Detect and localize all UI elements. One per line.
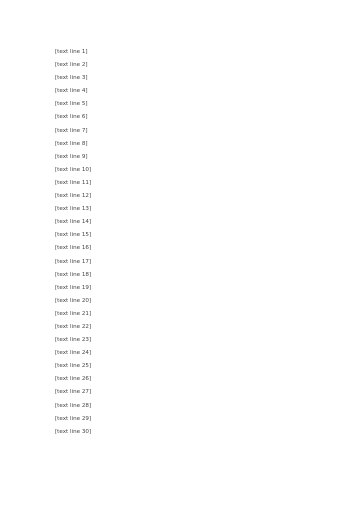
text-line: [text line 6] [55,111,307,124]
text-line: [text line 8] [55,138,307,151]
text-line: [text line 26] [55,373,307,386]
text-line: [text line 2] [55,59,307,72]
text-line: [text line 22] [55,321,307,334]
text-line: [text line 15] [55,229,307,242]
text-line: [text line 5] [55,98,307,111]
text-line: [text line 19] [55,282,307,295]
text-line: [text line 1] [55,46,307,59]
text-line: [text line 7] [55,125,307,138]
text-line: [text line 17] [55,256,307,269]
document-page: [text line 1][text line 2][text line 3][… [0,0,360,509]
text-line: [text line 23] [55,334,307,347]
text-line: [text line 4] [55,85,307,98]
document-body: [text line 1][text line 2][text line 3][… [55,46,307,439]
text-line: [text line 9] [55,151,307,164]
text-line: [text line 29] [55,413,307,426]
text-line: [text line 20] [55,295,307,308]
text-line: [text line 14] [55,216,307,229]
text-line: [text line 18] [55,269,307,282]
text-line: [text line 16] [55,242,307,255]
text-line: [text line 3] [55,72,307,85]
text-line: [text line 25] [55,360,307,373]
text-line: [text line 28] [55,400,307,413]
text-line: [text line 12] [55,190,307,203]
text-line: [text line 13] [55,203,307,216]
text-line: [text line 11] [55,177,307,190]
text-line: [text line 10] [55,164,307,177]
text-line: [text line 24] [55,347,307,360]
text-line: [text line 30] [55,426,307,439]
text-line: [text line 21] [55,308,307,321]
text-line: [text line 27] [55,386,307,399]
